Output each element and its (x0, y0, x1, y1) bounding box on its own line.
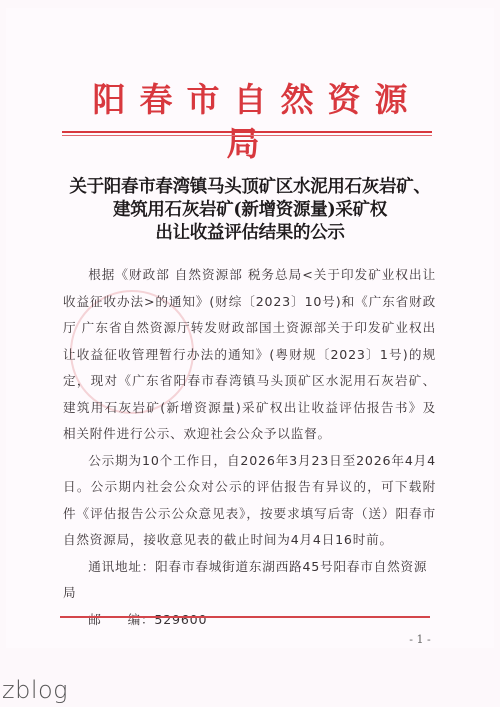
document-title-line-1: 关于阳春市春湾镇马头顶矿区水泥用石灰岩矿、 (30, 176, 470, 199)
postcode-label-1: 邮 (88, 612, 101, 627)
footer-red-rule (60, 616, 430, 618)
body-paragraph-notice-period: 公示期为10个工作日，自2026年3月23日至2026年4月4日。公示期内社会公… (63, 448, 436, 554)
header-red-rule (62, 131, 432, 133)
document-title: 关于阳春市春湾镇马头顶矿区水泥用石灰岩矿、 建筑用石灰岩矿(新增资源量)采矿权 … (30, 176, 470, 245)
contact-postcode: 邮编：529600 (63, 607, 436, 634)
header-red-rule-thin (62, 135, 432, 136)
org-header-title: 阳春市自然资源局 (60, 78, 440, 166)
watermark-text: zblog (2, 676, 68, 704)
contact-address: 通讯地址：阳春市春城街道东湖西路45号阳春市自然资源局 (63, 554, 436, 607)
document-body: 根据《财政部 自然资源部 税务总局<关于印发矿业权出让收益征收办法>的通知》(财… (63, 262, 436, 633)
document-title-line-3: 出让收益评估结果的公示 (30, 222, 470, 245)
postcode-value: 529600 (154, 612, 207, 627)
page-number: - 1 - (400, 633, 440, 646)
body-paragraph-legal-basis: 根据《财政部 自然资源部 税务总局<关于印发矿业权出让收益征收办法>的通知》(财… (63, 262, 436, 448)
postcode-label-2: 编： (128, 612, 155, 627)
document-title-line-2: 建筑用石灰岩矿(新增资源量)采矿权 (30, 199, 470, 222)
address-label: 通讯地址： (88, 559, 155, 574)
